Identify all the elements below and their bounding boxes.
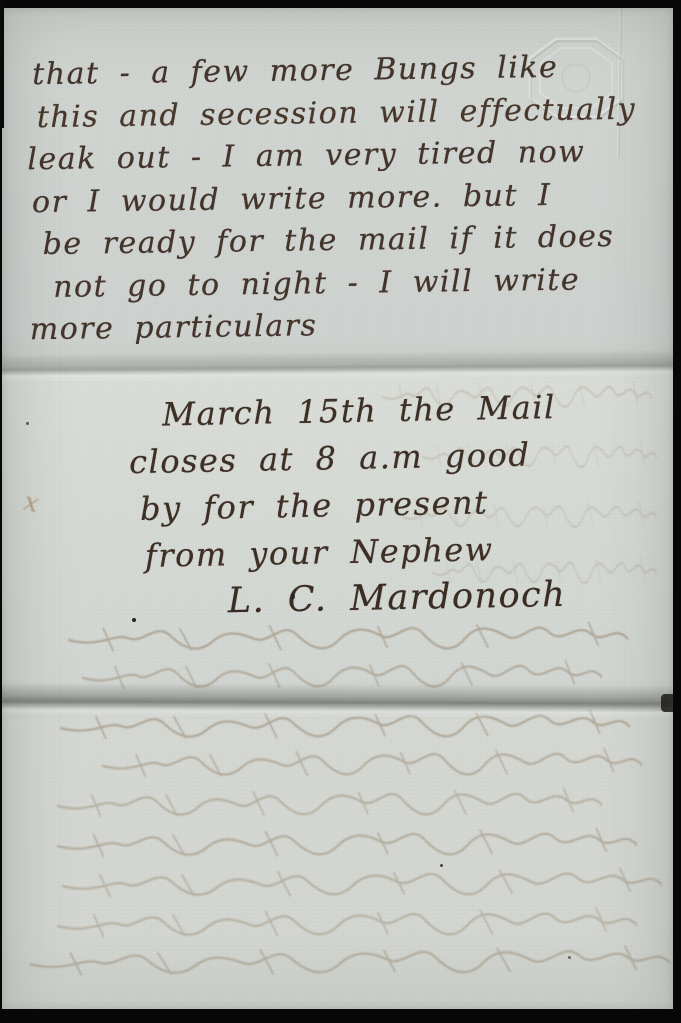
handwriting-line: more particulars [30,301,640,352]
fold-edge-notch [661,694,673,712]
ink-speck [26,422,29,425]
ink-bleedthrough-line [82,657,602,692]
fold-crease-lower [2,683,673,720]
margin-x-mark: x [21,487,42,519]
signature: L. C. Mardonoch [227,572,566,625]
handwriting-line: closes at 8 a.m good [129,431,564,486]
handwriting-line: March 15th the Mail [162,384,563,439]
ink-speck [568,956,571,959]
handwriting-line: from your Nephew [144,525,565,580]
letter-body: that - a few more Bungs like this and se… [24,46,639,352]
scanned-letter-image: that - a few more Bungs like this and se… [0,0,681,1023]
ink-bleedthrough-line [30,943,670,980]
ink-bleedthrough-line [102,745,642,781]
letter-closing: March 15th the Mail closes at 8 a.m good… [128,384,567,627]
ink-speck [132,618,136,622]
letter-page: that - a few more Bungs like this and se… [2,8,673,1009]
ink-bleedthrough-line [57,785,602,821]
handwriting-line: by for the present [140,478,565,533]
handwriting-line: be ready for the mail if it does [42,216,638,267]
ink-bleedthrough-line [57,825,637,861]
ink-speck [292,594,295,599]
ink-bleedthrough-line [62,865,662,901]
handwriting-line: not go to night - I will write [53,258,639,309]
ink-bleedthrough-line [57,905,637,941]
ink-bleedthrough-line [60,707,630,743]
fold-crease-upper [2,350,673,383]
scan-border-edge [0,0,4,128]
ink-speck [440,864,443,867]
